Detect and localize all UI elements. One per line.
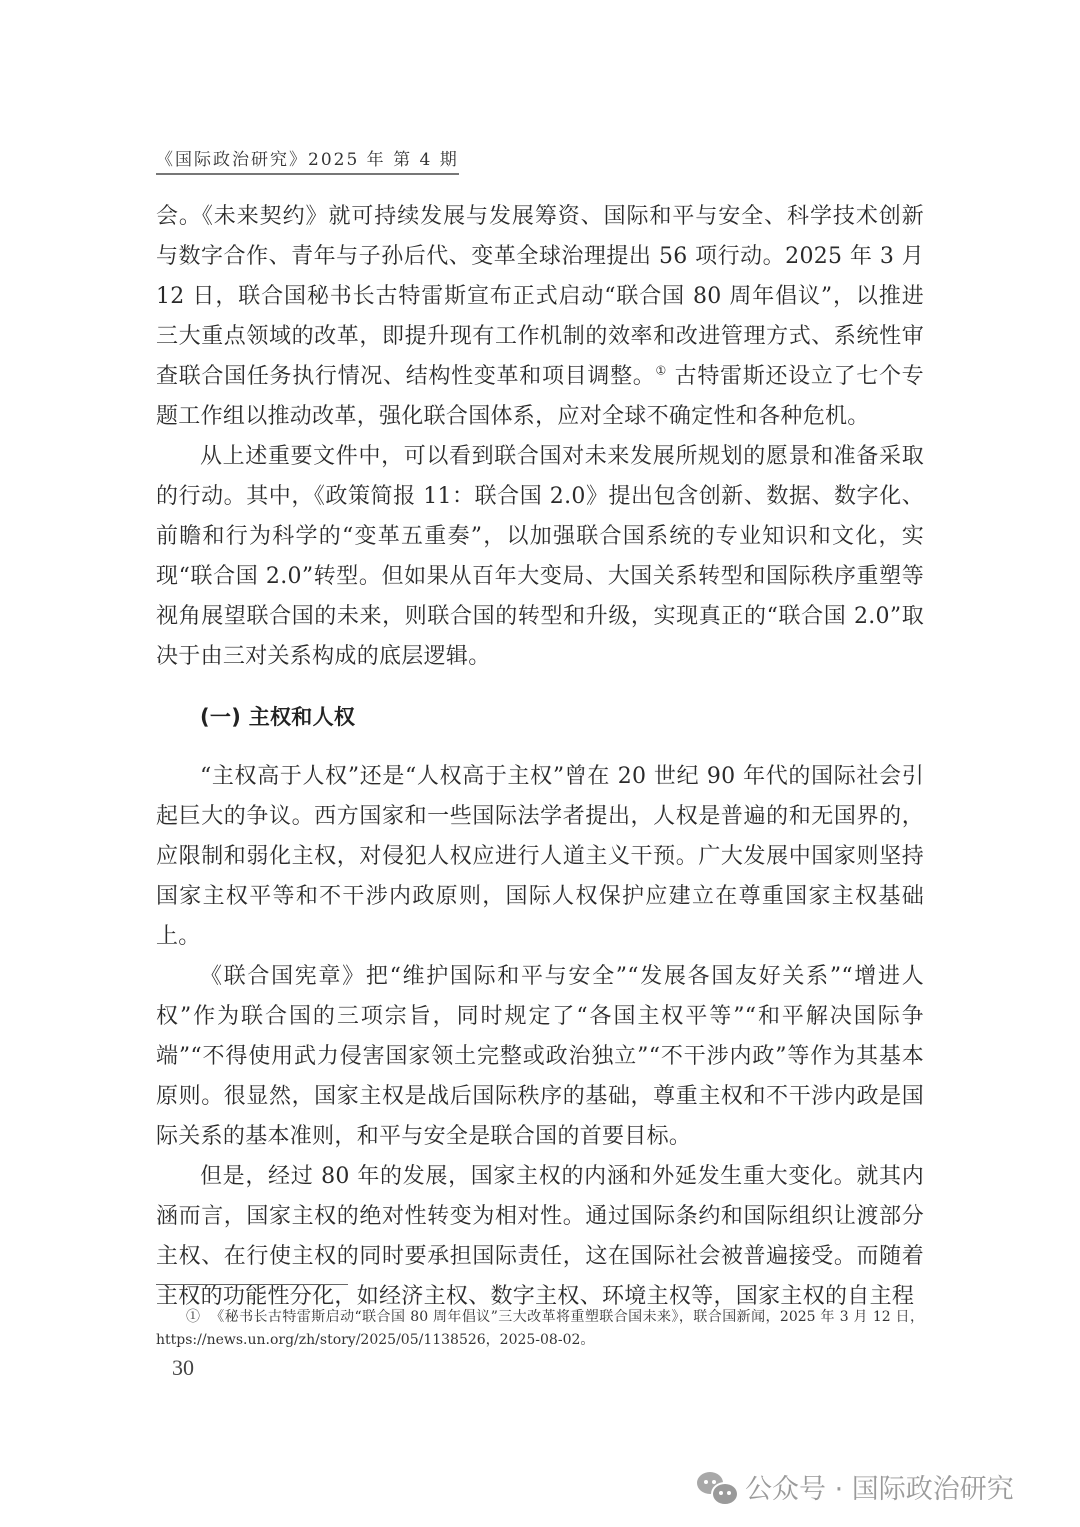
footnote-marker: ① bbox=[186, 1309, 200, 1325]
paragraph-2: 从上述重要文件中，可以看到联合国对未来发展所规划的愿景和准备采取的行动。其中，《… bbox=[156, 437, 924, 677]
watermark-text: 公众号 · 国际政治研究 bbox=[745, 1467, 1014, 1506]
document-page: 《国际政治研究》2025 年 第 4 期 会。《未来契约》就可持续发展与发展筹资… bbox=[0, 0, 1080, 1527]
paragraph-1-text: 会。《未来契约》就可持续发展与发展筹资、国际和平与安全、科学技术创新与数字合作、… bbox=[156, 204, 924, 389]
wechat-watermark: 公众号 · 国际政治研究 bbox=[697, 1467, 1014, 1506]
paragraph-1: 会。《未来契约》就可持续发展与发展筹资、国际和平与安全、科学技术创新与数字合作、… bbox=[156, 197, 924, 437]
body-text: 会。《未来契约》就可持续发展与发展筹资、国际和平与安全、科学技术创新与数字合作、… bbox=[156, 197, 924, 1317]
paragraph-4: 《联合国宪章》把“维护国际和平与安全”“发展各国友好关系”“增进人权”作为联合国… bbox=[156, 957, 924, 1157]
footnote-reference[interactable]: ① bbox=[655, 364, 666, 378]
section-heading: (一) 主权和人权 bbox=[200, 697, 924, 737]
footnote-text: 《秘书长古特雷斯启动“联合国 80 周年倡议”三大改革将重塑联合国未来》，联合国… bbox=[156, 1309, 924, 1348]
footnote-divider bbox=[156, 1284, 348, 1285]
running-header: 《国际政治研究》2025 年 第 4 期 bbox=[156, 145, 459, 175]
paragraph-3: “主权高于人权”还是“人权高于主权”曾在 20 世纪 90 年代的国际社会引起巨… bbox=[156, 757, 924, 957]
footnote: ① 《秘书长古特雷斯启动“联合国 80 周年倡议”三大改革将重塑联合国未来》，联… bbox=[156, 1306, 924, 1352]
footnote-body: ① 《秘书长古特雷斯启动“联合国 80 周年倡议”三大改革将重塑联合国未来》，联… bbox=[156, 1306, 924, 1352]
paragraph-5: 但是，经过 80 年的发展，国家主权的内涵和外延发生重大变化。就其内涵而言，国家… bbox=[156, 1157, 924, 1317]
page-number: 30 bbox=[172, 1355, 194, 1381]
wechat-icon bbox=[697, 1470, 737, 1504]
